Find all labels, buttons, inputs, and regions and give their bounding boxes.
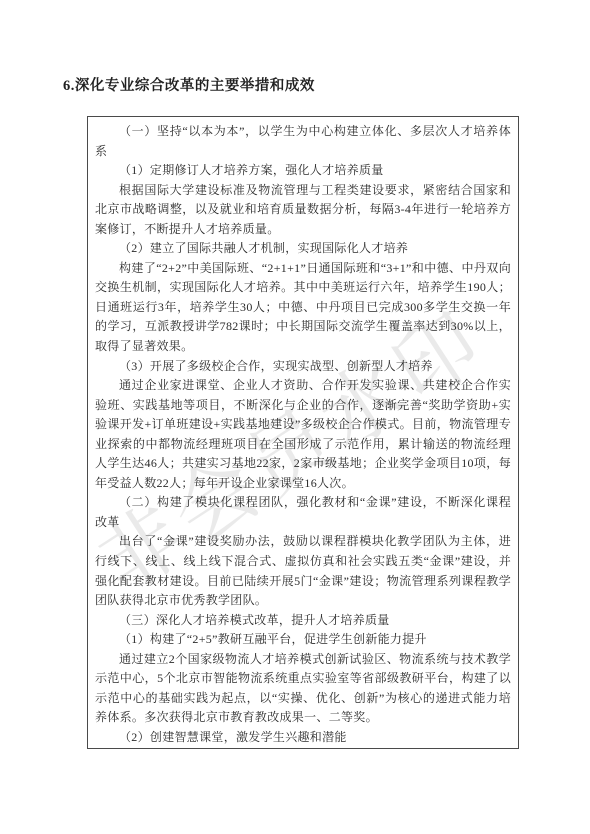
paragraph: （1）构建了“2+5”教研互融平台，促进学生创新能力提升	[95, 630, 511, 650]
paragraph: 构建了“2+2”中美国际班、“2+1+1”日通国际班和“3+1”和中德、中丹双向…	[95, 259, 511, 357]
paragraph: （2）创建智慧课堂，激发学生兴趣和潜能	[95, 728, 511, 748]
paragraph: （3）开展了多级校企合作，实现实战型、创新型人才培养	[95, 357, 511, 377]
paragraph: 根据国际大学建设标准及物流管理与工程类建设要求，紧密结合国家和北京市战略调整，以…	[95, 181, 511, 240]
paragraph: 出台了“金课”建设奖励办法，鼓励以课程群模块化教学团队为主体，进行线下、线上、线…	[95, 532, 511, 610]
paragraph: （2）建立了国际共融人才机制，实现国际化人才培养	[95, 239, 511, 259]
document-page: 6.深化专业综合改革的主要举措和成效 非会员水印 （一）坚持“以本为本”，以学生…	[0, 0, 590, 834]
paragraph: 通过建立2个国家级物流人才培养模式创新试验区、物流系统与技术教学示范中心，5个北…	[95, 650, 511, 728]
paragraph: （一）坚持“以本为本”，以学生为中心构建立体化、多层次人才培养体系	[95, 122, 511, 161]
page-title: 6.深化专业综合改革的主要举措和成效	[63, 74, 315, 95]
content-box: （一）坚持“以本为本”，以学生为中心构建立体化、多层次人才培养体系（1）定期修订…	[87, 116, 519, 749]
paragraph-list: （一）坚持“以本为本”，以学生为中心构建立体化、多层次人才培养体系（1）定期修订…	[95, 122, 511, 748]
paragraph: （二）构建了模块化课程团队，强化教材和“金课”建设，不断深化课程改革	[95, 493, 511, 532]
paragraph: （1）定期修订人才培养方案，强化人才培养质量	[95, 161, 511, 181]
paragraph: 通过企业家进课堂、企业人才资助、合作开发实验课、共建校企合作实验班、实践基地等项…	[95, 376, 511, 493]
paragraph: （三）深化人才培养模式改革，提升人才培养质量	[95, 611, 511, 631]
